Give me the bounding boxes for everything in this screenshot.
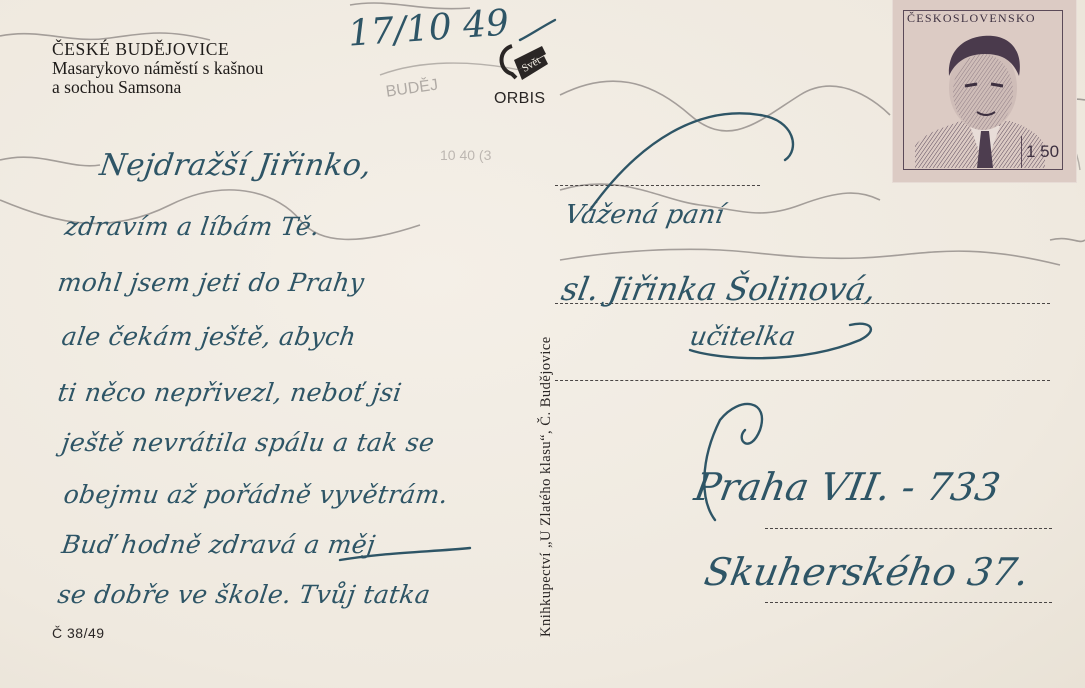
svg-text:BUDĚJ: BUDĚJ <box>385 75 440 101</box>
printed-caption: ČESKÉ BUDĚJOVICE Masarykovo náměstí s ka… <box>52 40 263 97</box>
address-city: Praha VII. - 733 <box>691 465 1003 509</box>
svg-text:10 40 (3: 10 40 (3 <box>440 147 492 163</box>
caption-line-3: a sochou Samsona <box>52 78 263 97</box>
address-line-5 <box>765 602 1052 603</box>
address-salutation: Vážená paní <box>562 200 726 230</box>
stamp-country: ČESKOSLOVENSKO <box>907 11 1036 26</box>
address-recipient: sl. Jiřinka Šolinová, <box>559 270 879 308</box>
publisher-orbis: ORBIS <box>494 90 545 108</box>
vertical-publisher-imprint: Knihkupectví „U Zlatého klasu“, Č. Buděj… <box>538 336 555 637</box>
caption-line-2: Masarykovo náměstí s kašnou <box>52 59 263 78</box>
handwritten-date: 17/10 49 <box>347 2 510 54</box>
stamp-value: 1 50 <box>1021 136 1059 168</box>
address-line-1 <box>555 185 760 186</box>
postage-stamp: ČESKOSLOVENSKO 1 50 <box>893 0 1076 182</box>
caption-city: ČESKÉ BUDĚJOVICE <box>52 40 263 59</box>
address-line-4 <box>765 528 1052 529</box>
message-line: Nejdražší Jiřinko, <box>98 148 374 183</box>
message-line: ale čekám ještě, abych <box>60 322 358 351</box>
message-line: obejmu až pořádně vyvětrám. <box>62 480 450 509</box>
message-line: se dobře ve škole. Tvůj tatka <box>56 580 432 609</box>
message-line: zdravím a líbám Tě. <box>63 212 321 241</box>
address-street: Skuherského 37. <box>701 550 1032 594</box>
address-line-3 <box>555 380 1050 381</box>
postcard-back: BUDĚJ 10 40 (3 EJO 13 ČESKÉ BUDĚJOVICE M… <box>0 0 1085 688</box>
message-line: ještě nevrátila spálu a tak se <box>60 428 436 457</box>
svet-logo-icon: Svět <box>494 40 550 90</box>
catalog-number: Č 38/49 <box>52 625 105 641</box>
message-line: ti něco nepřivezl, neboť jsi <box>56 378 404 407</box>
message-line: Buď hodně zdravá a měj <box>60 530 377 559</box>
message-line: mohl jsem jeti do Prahy <box>56 268 366 297</box>
address-occupation: učitelka <box>687 322 797 352</box>
